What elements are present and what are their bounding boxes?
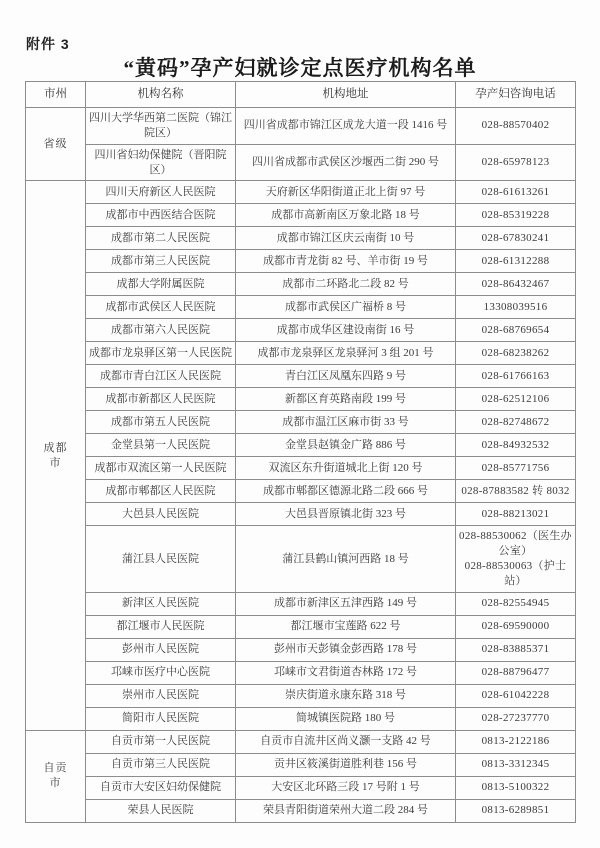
- institution-address: 成都市成华区建设南街 16 号: [236, 319, 456, 342]
- consult-phone: 028-88796477: [456, 661, 576, 684]
- institution-name: 成都市郫都区人民医院: [86, 480, 236, 503]
- institution-name: 成都市第二人民医院: [86, 227, 236, 250]
- table-row: 都江堰市人民医院都江堰市宝莲路 622 号028-69590000: [26, 615, 576, 638]
- institution-address: 四川省成都市锦江区成龙大道一段 1416 号: [236, 108, 456, 145]
- table-row: 简阳市人民医院简城镇医院路 180 号028-27237770: [26, 707, 576, 730]
- consult-phone: 028-86432467: [456, 273, 576, 296]
- column-header-region: 市州: [26, 82, 86, 108]
- table-row: 自贡市第三人民医院贡井区筱溪街道胜利巷 156 号0813-3312345: [26, 753, 576, 776]
- column-header-institution-name: 机构名称: [86, 82, 236, 108]
- institution-name: 成都市第六人民医院: [86, 319, 236, 342]
- table-header-row: 市州 机构名称 机构地址 孕产妇咨询电话: [26, 82, 576, 108]
- consult-phone: 0813-2122186: [456, 730, 576, 753]
- document-page: 附件 3 “黄码”孕产妇就诊定点医疗机构名单 市州 机构名称 机构地址 孕产妇咨…: [0, 0, 600, 848]
- institution-address: 青白江区凤凰东四路 9 号: [236, 365, 456, 388]
- consult-phone: 028-61312288: [456, 250, 576, 273]
- institution-address: 双流区东升街道城北上街 120 号: [236, 457, 456, 480]
- table-row: 成都市武侯区人民医院成都市武侯区广福桥 8 号13308039516: [26, 296, 576, 319]
- institution-address: 简城镇医院路 180 号: [236, 707, 456, 730]
- consult-phone: 028-88213021: [456, 503, 576, 526]
- consult-phone: 028-85771756: [456, 457, 576, 480]
- institution-address: 崇庆街道永康东路 318 号: [236, 684, 456, 707]
- institution-name: 新津区人民医院: [86, 592, 236, 615]
- region-label: 自贡 市: [26, 730, 86, 822]
- institution-name: 成都大学附属医院: [86, 273, 236, 296]
- consult-phone: 0813-5100322: [456, 776, 576, 799]
- institution-name: 崇州市人民医院: [86, 684, 236, 707]
- table-row: 新津区人民医院成都市新津区五津西路 149 号028-82554945: [26, 592, 576, 615]
- institution-name: 四川大学华西第二医院（锦江院区）: [86, 108, 236, 145]
- consult-phone: 028-87883582 转 8032: [456, 480, 576, 503]
- institution-name: 自贡市第一人民医院: [86, 730, 236, 753]
- institution-address: 成都市武侯区广福桥 8 号: [236, 296, 456, 319]
- institution-address: 荣县青阳街道荣州大道二段 284 号: [236, 799, 456, 822]
- table-row: 荣县人民医院荣县青阳街道荣州大道二段 284 号0813-6289851: [26, 799, 576, 822]
- table-row: 成都市龙泉驿区第一人民医院成都市龙泉驿区龙泉驿河 3 组 201 号028-68…: [26, 342, 576, 365]
- consult-phone: 028-61613261: [456, 181, 576, 204]
- table-row: 金堂县第一人民医院金堂县赵镇金广路 886 号028-84932532: [26, 434, 576, 457]
- table-row: 蒲江县人民医院蒲江县鹤山镇河西路 18 号028-88530062（医生办公室）…: [26, 526, 576, 592]
- table-row: 成都市双流区第一人民医院双流区东升街道城北上街 120 号028-8577175…: [26, 457, 576, 480]
- consult-phone: 028-88570402: [456, 108, 576, 145]
- region-label: 省级: [26, 108, 86, 181]
- table-row: 成都市第三人民医院成都市青龙街 82 号、羊市街 19 号028-6131228…: [26, 250, 576, 273]
- table-row: 大邑县人民医院大邑县晋原镇北街 323 号028-88213021: [26, 503, 576, 526]
- attachment-label: 附件 3: [26, 34, 70, 54]
- institution-address: 成都市锦江区庆云南街 10 号: [236, 227, 456, 250]
- institution-address: 成都市郫都区德源北路二段 666 号: [236, 480, 456, 503]
- consult-phone: 028-67830241: [456, 227, 576, 250]
- institution-name: 四川天府新区人民医院: [86, 181, 236, 204]
- table-row: 四川省妇幼保健院（晋阳院区）四川省成都市武侯区沙堰西二街 290 号028-65…: [26, 144, 576, 181]
- table-row: 省级四川大学华西第二医院（锦江院区）四川省成都市锦江区成龙大道一段 1416 号…: [26, 108, 576, 145]
- institution-name: 荣县人民医院: [86, 799, 236, 822]
- institution-name: 大邑县人民医院: [86, 503, 236, 526]
- consult-phone: 028-61042228: [456, 684, 576, 707]
- institution-address: 自贡市自流井区尚义灏一支路 42 号: [236, 730, 456, 753]
- institution-address: 邛崃市文君街道杏林路 172 号: [236, 661, 456, 684]
- table-row: 成都市第六人民医院成都市成华区建设南街 16 号028-68769654: [26, 319, 576, 342]
- institution-address: 四川省成都市武侯区沙堰西二街 290 号: [236, 144, 456, 181]
- table-row: 自贡市大安区妇幼保健院大安区北环路三段 17 号附 1 号0813-510032…: [26, 776, 576, 799]
- table-row: 成都市中西医结合医院成都市高新南区万象北路 18 号028-85319228: [26, 204, 576, 227]
- institution-name: 四川省妇幼保健院（晋阳院区）: [86, 144, 236, 181]
- page-title: “黄码”孕产妇就诊定点医疗机构名单: [0, 52, 600, 82]
- institution-name: 成都市青白江区人民医院: [86, 365, 236, 388]
- institution-name: 成都市龙泉驿区第一人民医院: [86, 342, 236, 365]
- institution-name: 自贡市第三人民医院: [86, 753, 236, 776]
- table-row: 成都市新都区人民医院新都区育英路南段 199 号028-62512106: [26, 388, 576, 411]
- institution-address: 彭州市天彭镇金彭西路 178 号: [236, 638, 456, 661]
- institution-name: 都江堰市人民医院: [86, 615, 236, 638]
- table-row: 彭州市人民医院彭州市天彭镇金彭西路 178 号028-83885371: [26, 638, 576, 661]
- institution-address: 大邑县晋原镇北街 323 号: [236, 503, 456, 526]
- institution-address: 成都市新津区五津西路 149 号: [236, 592, 456, 615]
- institution-address: 成都市青龙街 82 号、羊市街 19 号: [236, 250, 456, 273]
- institution-address: 金堂县赵镇金广路 886 号: [236, 434, 456, 457]
- institution-address: 天府新区华阳街道正北上街 97 号: [236, 181, 456, 204]
- institution-name: 成都市双流区第一人民医院: [86, 457, 236, 480]
- institution-name: 彭州市人民医院: [86, 638, 236, 661]
- institution-address: 蒲江县鹤山镇河西路 18 号: [236, 526, 456, 592]
- institution-name: 金堂县第一人民医院: [86, 434, 236, 457]
- column-header-consult-phone: 孕产妇咨询电话: [456, 82, 576, 108]
- institution-address: 都江堰市宝莲路 622 号: [236, 615, 456, 638]
- consult-phone: 028-82554945: [456, 592, 576, 615]
- table-row: 自贡 市自贡市第一人民医院自贡市自流井区尚义灏一支路 42 号0813-2122…: [26, 730, 576, 753]
- institution-name: 简阳市人民医院: [86, 707, 236, 730]
- table-row: 邛崃市医疗中心医院邛崃市文君街道杏林路 172 号028-88796477: [26, 661, 576, 684]
- consult-phone: 028-84932532: [456, 434, 576, 457]
- institution-name: 成都市第三人民医院: [86, 250, 236, 273]
- consult-phone: 028-68769654: [456, 319, 576, 342]
- column-header-institution-address: 机构地址: [236, 82, 456, 108]
- institution-name: 成都市中西医结合医院: [86, 204, 236, 227]
- consult-phone: 028-62512106: [456, 388, 576, 411]
- consult-phone: 028-61766163: [456, 365, 576, 388]
- institution-name: 成都市第五人民医院: [86, 411, 236, 434]
- region-label: 成都 市: [26, 181, 86, 730]
- table-row: 成都大学附属医院成都市二环路北二段 82 号028-86432467: [26, 273, 576, 296]
- consult-phone: 0813-3312345: [456, 753, 576, 776]
- institution-address: 贡井区筱溪街道胜利巷 156 号: [236, 753, 456, 776]
- institution-name: 蒲江县人民医院: [86, 526, 236, 592]
- consult-phone: 028-65978123: [456, 144, 576, 181]
- consult-phone: 028-83885371: [456, 638, 576, 661]
- consult-phone: 028-88530062（医生办公室） 028-88530063（护士站）: [456, 526, 576, 592]
- table-row: 成都市第五人民医院成都市温江区麻市街 33 号028-82748672: [26, 411, 576, 434]
- consult-phone: 028-82748672: [456, 411, 576, 434]
- institution-address: 新都区育英路南段 199 号: [236, 388, 456, 411]
- table-body: 省级四川大学华西第二医院（锦江院区）四川省成都市锦江区成龙大道一段 1416 号…: [26, 108, 576, 823]
- consult-phone: 0813-6289851: [456, 799, 576, 822]
- institution-name: 邛崃市医疗中心医院: [86, 661, 236, 684]
- institution-address: 成都市龙泉驿区龙泉驿河 3 组 201 号: [236, 342, 456, 365]
- consult-phone: 13308039516: [456, 296, 576, 319]
- consult-phone: 028-68238262: [456, 342, 576, 365]
- table-row: 成都 市四川天府新区人民医院天府新区华阳街道正北上街 97 号028-61613…: [26, 181, 576, 204]
- institution-address: 成都市温江区麻市街 33 号: [236, 411, 456, 434]
- institution-name: 成都市新都区人民医院: [86, 388, 236, 411]
- consult-phone: 028-85319228: [456, 204, 576, 227]
- consult-phone: 028-69590000: [456, 615, 576, 638]
- table-row: 成都市第二人民医院成都市锦江区庆云南街 10 号028-67830241: [26, 227, 576, 250]
- consult-phone: 028-27237770: [456, 707, 576, 730]
- table-row: 成都市青白江区人民医院青白江区凤凰东四路 9 号028-61766163: [26, 365, 576, 388]
- institution-address: 大安区北环路三段 17 号附 1 号: [236, 776, 456, 799]
- institution-name: 成都市武侯区人民医院: [86, 296, 236, 319]
- institution-address: 成都市高新南区万象北路 18 号: [236, 204, 456, 227]
- hospital-table: 市州 机构名称 机构地址 孕产妇咨询电话 省级四川大学华西第二医院（锦江院区）四…: [25, 81, 576, 823]
- table-row: 崇州市人民医院崇庆街道永康东路 318 号028-61042228: [26, 684, 576, 707]
- institution-name: 自贡市大安区妇幼保健院: [86, 776, 236, 799]
- table-row: 成都市郫都区人民医院成都市郫都区德源北路二段 666 号028-87883582…: [26, 480, 576, 503]
- institution-address: 成都市二环路北二段 82 号: [236, 273, 456, 296]
